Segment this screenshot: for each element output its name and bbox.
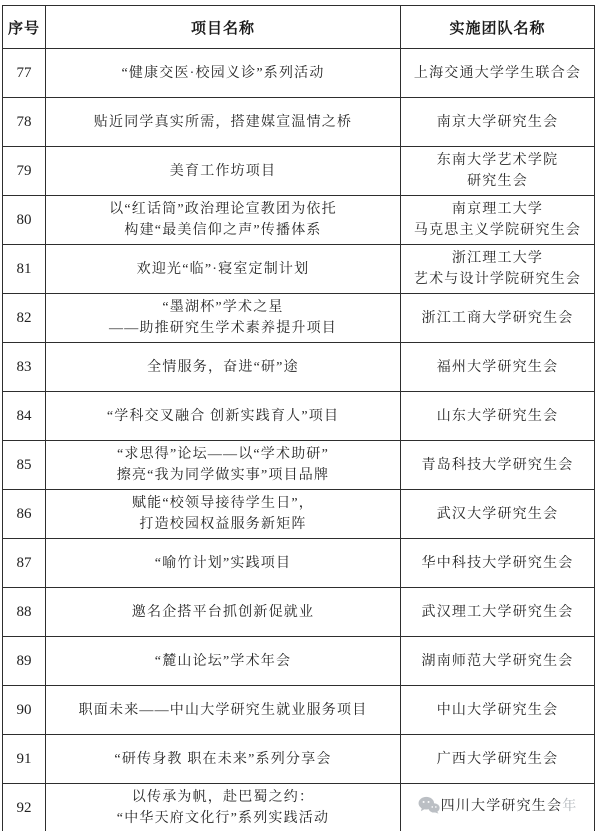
project-line: “喻竹计划”实践项目: [49, 553, 397, 574]
team-line: 南京大学研究生会: [404, 112, 591, 133]
team-line: 浙江理工大学: [404, 248, 591, 269]
cell-team-name: 武汉大学研究生会: [401, 490, 595, 539]
cell-serial-number: 86: [3, 490, 46, 539]
cell-team-name: 南京理工大学马克思主义学院研究生会: [401, 196, 595, 245]
team-line: 马克思主义学院研究生会: [404, 220, 591, 241]
cell-project-name: 美育工作坊项目: [46, 147, 401, 196]
cell-project-name: “喻竹计划”实践项目: [46, 539, 401, 588]
project-line: 构建“最美信仰之声”传播体系: [49, 220, 397, 241]
project-line: “墨湖杯”学术之星: [49, 297, 397, 318]
cell-team-name: 上海交通大学学生联合会: [401, 49, 595, 98]
team-line: 广西大学研究生会: [404, 749, 591, 770]
cell-serial-number: 81: [3, 245, 46, 294]
table-row: 85“求思得”论坛——以“学术助研”擦亮“我为同学做实事”项目品牌青岛科技大学研…: [3, 441, 595, 490]
table-row: 79美育工作坊项目东南大学艺术学院研究生会: [3, 147, 595, 196]
cell-project-name: “学科交叉融合 创新实践育人”项目: [46, 392, 401, 441]
cell-project-name: 邀名企搭平台抓创新促就业: [46, 588, 401, 637]
cell-serial-number: 79: [3, 147, 46, 196]
team-line: 浙江工商大学研究生会: [404, 308, 591, 329]
cell-project-name: “健康交医·校园义诊”系列活动: [46, 49, 401, 98]
project-line: 职面未来——中山大学研究生就业服务项目: [49, 700, 397, 721]
project-line: “麓山论坛”学术年会: [49, 651, 397, 672]
table-header: 序号 项目名称 实施团队名称: [3, 6, 595, 49]
table-row: 88邀名企搭平台抓创新促就业武汉理工大学研究生会: [3, 588, 595, 637]
cell-serial-number: 78: [3, 98, 46, 147]
table-row: 77“健康交医·校园义诊”系列活动上海交通大学学生联合会: [3, 49, 595, 98]
team-line: 四川大学研究生会年: [404, 796, 591, 821]
cell-serial-number: 91: [3, 735, 46, 784]
table-row: 92以传承为帆，赴巴蜀之约：“中华天府文化行”系列实践活动四川大学研究生会年: [3, 784, 595, 831]
table-body: 77“健康交医·校园义诊”系列活动上海交通大学学生联合会78贴近同学真实所需，搭…: [3, 49, 595, 831]
project-line: “中华天府文化行”系列实践活动: [49, 808, 397, 829]
team-line: 福州大学研究生会: [404, 357, 591, 378]
cell-serial-number: 89: [3, 637, 46, 686]
table-row: 87“喻竹计划”实践项目华中科技大学研究生会: [3, 539, 595, 588]
table-row: 90职面未来——中山大学研究生就业服务项目中山大学研究生会: [3, 686, 595, 735]
team-line: 武汉大学研究生会: [404, 504, 591, 525]
cell-serial-number: 85: [3, 441, 46, 490]
cell-project-name: “麓山论坛”学术年会: [46, 637, 401, 686]
project-line: “求思得”论坛——以“学术助研”: [49, 444, 397, 465]
cell-team-name: 华中科技大学研究生会: [401, 539, 595, 588]
watermark-text: 年: [562, 799, 577, 814]
cell-project-name: 以传承为帆，赴巴蜀之约：“中华天府文化行”系列实践活动: [46, 784, 401, 831]
cell-project-name: 贴近同学真实所需，搭建媒宣温情之桥: [46, 98, 401, 147]
cell-serial-number: 77: [3, 49, 46, 98]
cell-team-name: 福州大学研究生会: [401, 343, 595, 392]
team-line: 山东大学研究生会: [404, 406, 591, 427]
cell-team-name: 浙江工商大学研究生会: [401, 294, 595, 343]
table-row: 84“学科交叉融合 创新实践育人”项目山东大学研究生会: [3, 392, 595, 441]
cell-project-name: “求思得”论坛——以“学术助研”擦亮“我为同学做实事”项目品牌: [46, 441, 401, 490]
project-line: 赋能“校领导接待学生日”，: [49, 493, 397, 514]
cell-team-name: 武汉理工大学研究生会: [401, 588, 595, 637]
project-line: “研传身教 职在未来”系列分享会: [49, 749, 397, 770]
cell-team-name: 湖南师范大学研究生会: [401, 637, 595, 686]
project-awards-table: 序号 项目名称 实施团队名称 77“健康交医·校园义诊”系列活动上海交通大学学生…: [2, 5, 595, 831]
cell-serial-number: 87: [3, 539, 46, 588]
project-line: 贴近同学真实所需，搭建媒宣温情之桥: [49, 112, 397, 133]
project-line: ——助推研究生学术素养提升项目: [49, 318, 397, 339]
project-line: 以“红话筒”政治理论宣教团为依托: [49, 199, 397, 220]
team-line: 青岛科技大学研究生会: [404, 455, 591, 476]
team-line: 中山大学研究生会: [404, 700, 591, 721]
cell-serial-number: 84: [3, 392, 46, 441]
project-line: 全情服务，奋进“研”途: [49, 357, 397, 378]
cell-team-name: 浙江理工大学艺术与设计学院研究生会: [401, 245, 595, 294]
cell-serial-number: 83: [3, 343, 46, 392]
team-name-with-watermark: 四川大学研究生会年: [418, 796, 578, 821]
project-line: “学科交叉融合 创新实践育人”项目: [49, 406, 397, 427]
team-line: 上海交通大学学生联合会: [404, 63, 591, 84]
col-header-project: 项目名称: [46, 6, 401, 49]
project-line: 邀名企搭平台抓创新促就业: [49, 602, 397, 623]
cell-project-name: 以“红话筒”政治理论宣教团为依托构建“最美信仰之声”传播体系: [46, 196, 401, 245]
team-line: 武汉理工大学研究生会: [404, 602, 591, 623]
project-line: 打造校园权益服务新矩阵: [49, 514, 397, 535]
table-row: 86赋能“校领导接待学生日”，打造校园权益服务新矩阵武汉大学研究生会: [3, 490, 595, 539]
team-text: 四川大学研究生会: [441, 799, 563, 814]
cell-team-name: 青岛科技大学研究生会: [401, 441, 595, 490]
cell-serial-number: 92: [3, 784, 46, 831]
table-row: 80以“红话筒”政治理论宣教团为依托构建“最美信仰之声”传播体系南京理工大学马克…: [3, 196, 595, 245]
cell-team-name: 中山大学研究生会: [401, 686, 595, 735]
team-line: 东南大学艺术学院: [404, 150, 591, 171]
cell-team-name: 广西大学研究生会: [401, 735, 595, 784]
cell-team-name: 南京大学研究生会: [401, 98, 595, 147]
cell-project-name: “研传身教 职在未来”系列分享会: [46, 735, 401, 784]
wechat-icon: [418, 796, 440, 821]
team-line: 艺术与设计学院研究生会: [404, 269, 591, 290]
team-line: 研究生会: [404, 171, 591, 192]
project-line: 欢迎光“临”·寝室定制计划: [49, 259, 397, 280]
cell-serial-number: 90: [3, 686, 46, 735]
cell-project-name: 全情服务，奋进“研”途: [46, 343, 401, 392]
team-line: 华中科技大学研究生会: [404, 553, 591, 574]
table-row: 91“研传身教 职在未来”系列分享会广西大学研究生会: [3, 735, 595, 784]
col-header-team: 实施团队名称: [401, 6, 595, 49]
cell-project-name: 赋能“校领导接待学生日”，打造校园权益服务新矩阵: [46, 490, 401, 539]
team-line: 湖南师范大学研究生会: [404, 651, 591, 672]
cell-team-name: 山东大学研究生会: [401, 392, 595, 441]
table-row: 83全情服务，奋进“研”途福州大学研究生会: [3, 343, 595, 392]
col-header-serial: 序号: [3, 6, 46, 49]
cell-serial-number: 88: [3, 588, 46, 637]
project-table-wrap: 序号 项目名称 实施团队名称 77“健康交医·校园义诊”系列活动上海交通大学学生…: [2, 5, 595, 831]
project-line: 以传承为帆，赴巴蜀之约：: [49, 787, 397, 808]
cell-team-name: 东南大学艺术学院研究生会: [401, 147, 595, 196]
cell-serial-number: 80: [3, 196, 46, 245]
cell-team-name: 四川大学研究生会年: [401, 784, 595, 831]
project-line: 美育工作坊项目: [49, 161, 397, 182]
team-line: 南京理工大学: [404, 199, 591, 220]
table-row: 89“麓山论坛”学术年会湖南师范大学研究生会: [3, 637, 595, 686]
cell-project-name: 欢迎光“临”·寝室定制计划: [46, 245, 401, 294]
project-line: “健康交医·校园义诊”系列活动: [49, 63, 397, 84]
project-line: 擦亮“我为同学做实事”项目品牌: [49, 465, 397, 486]
table-row: 82“墨湖杯”学术之星——助推研究生学术素养提升项目浙江工商大学研究生会: [3, 294, 595, 343]
cell-project-name: 职面未来——中山大学研究生就业服务项目: [46, 686, 401, 735]
cell-project-name: “墨湖杯”学术之星——助推研究生学术素养提升项目: [46, 294, 401, 343]
header-row: 序号 项目名称 实施团队名称: [3, 6, 595, 49]
table-row: 81欢迎光“临”·寝室定制计划浙江理工大学艺术与设计学院研究生会: [3, 245, 595, 294]
cell-serial-number: 82: [3, 294, 46, 343]
table-row: 78贴近同学真实所需，搭建媒宣温情之桥南京大学研究生会: [3, 98, 595, 147]
